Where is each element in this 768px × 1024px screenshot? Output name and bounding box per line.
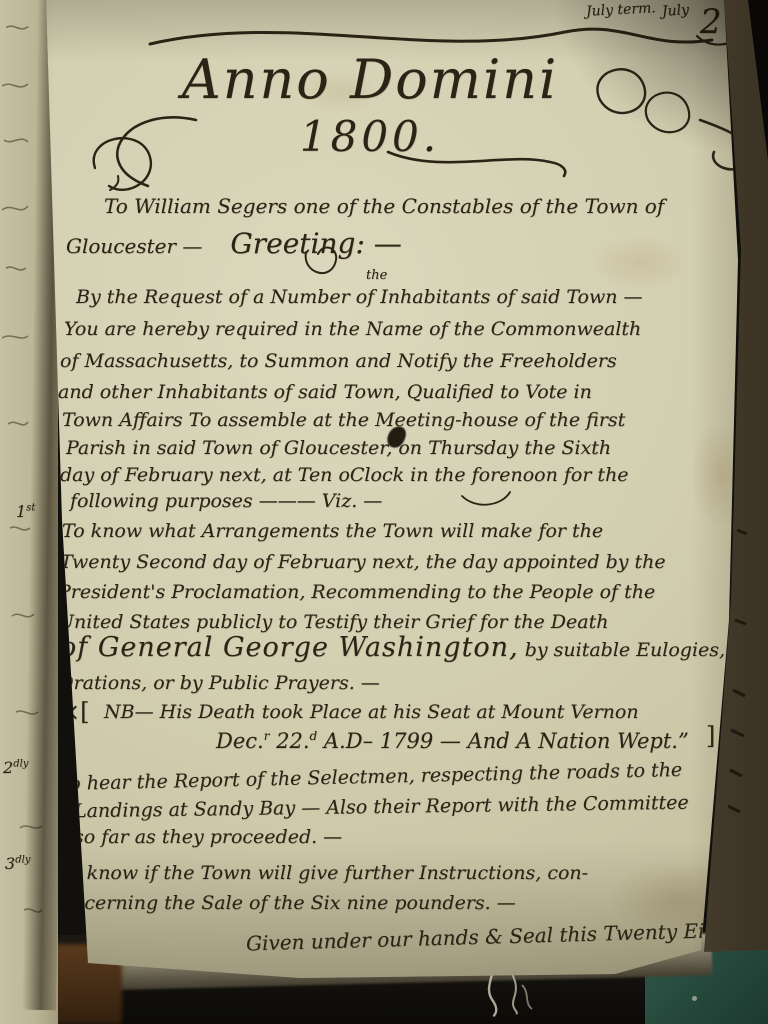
manuscript-photo: 1st 2dly 3dly	[0, 0, 768, 1024]
fore-edge-page-gaps	[0, 0, 768, 1024]
